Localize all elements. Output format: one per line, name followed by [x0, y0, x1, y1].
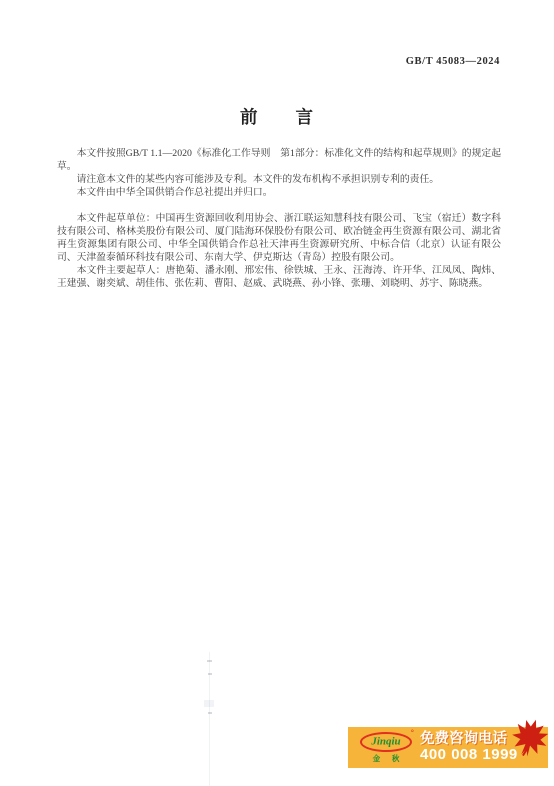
scan-artifact-mark: [204, 700, 214, 707]
foreword-paragraph-drafters: 本文件主要起草人：唐艳菊、潘永刚、邢宏伟、徐铁城、王永、汪海涛、许开华、江凤凤、…: [57, 264, 501, 290]
foreword-paragraph-issuing-body: 本文件由中华全国供销合作总社提出并归口。: [57, 186, 501, 199]
document-page: GB/T 45083—2024 前 言 本文件按照GB/T 1.1—2020《标…: [0, 0, 554, 786]
jinqiu-logo: Jinqiu ° 金 秋: [356, 732, 416, 764]
jinqiu-logo-oval: Jinqiu: [360, 732, 412, 752]
hotline-ad-badge: Jinqiu ° 金 秋 免费咨询电话 400 008 1999: [348, 727, 548, 768]
foreword-paragraph-drafting-organizations: 本文件起草单位：中国再生资源回收利用协会、浙江联运知慧科技有限公司、飞宝（宿迁）…: [57, 212, 501, 264]
jinqiu-logo-text: Jinqiu: [371, 735, 400, 747]
foreword-paragraph-basis: 本文件按照GB/T 1.1—2020《标准化工作导则 第1部分：标准化文件的结构…: [57, 147, 501, 173]
scan-artifact-mark: [207, 660, 212, 662]
jinqiu-logo-subtext: 金 秋: [368, 753, 405, 764]
foreword-title: 前 言: [0, 104, 554, 129]
foreword-body: 本文件按照GB/T 1.1—2020《标准化工作导则 第1部分：标准化文件的结构…: [57, 147, 501, 290]
standard-number: GB/T 45083—2024: [406, 56, 500, 67]
scan-artifact-mark: [208, 673, 212, 675]
foreword-paragraph-patent-notice: 请注意本文件的某些内容可能涉及专利。本文件的发布机构不承担识别专利的责任。: [57, 173, 501, 186]
scan-artifact-mark: [208, 712, 212, 714]
trademark-mark-icon: °: [411, 728, 414, 737]
